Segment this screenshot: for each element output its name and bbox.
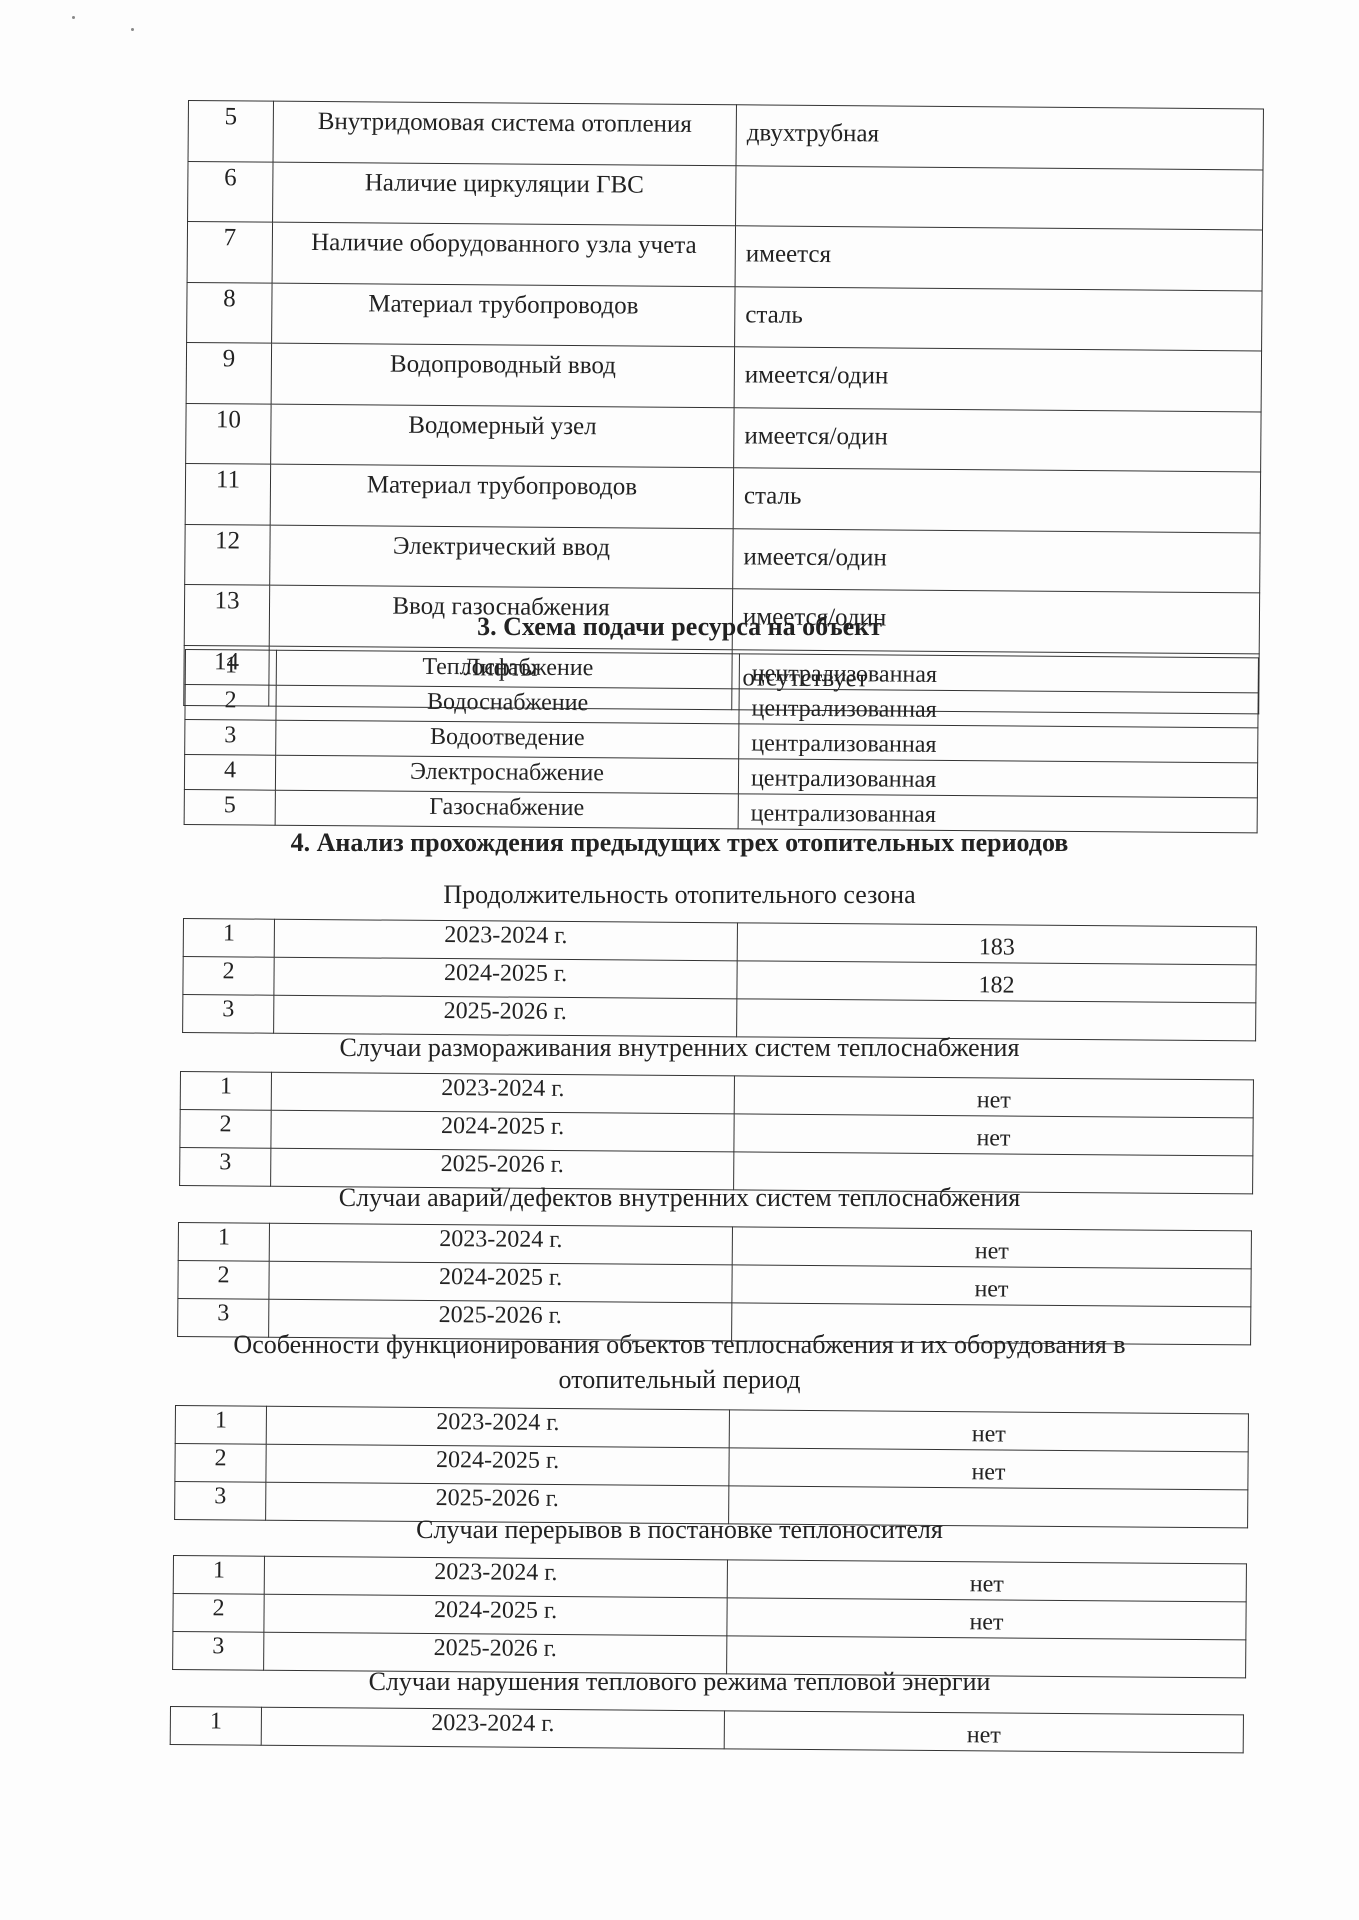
row-number: 3	[183, 995, 274, 1034]
subsection-title-operation-features-line2: отопительный период	[0, 1365, 1359, 1395]
table-row: 6Наличие циркуляции ГВС	[188, 161, 1263, 230]
row-number: 2	[175, 1444, 266, 1483]
period-value: нет	[734, 1114, 1253, 1156]
period-value: нет	[727, 1598, 1246, 1640]
period-value: 183	[737, 923, 1256, 965]
heating-period: 2024-2025 г.	[271, 1110, 734, 1152]
scan-speck	[131, 28, 134, 31]
heating-period: 2024-2025 г.	[264, 1594, 727, 1636]
parameter-value: сталь	[735, 286, 1262, 351]
row-number: 9	[186, 342, 271, 403]
table-row: 12023-2024 г.нет	[170, 1707, 1243, 1753]
parameter-value: двухтрубная	[736, 105, 1263, 170]
heating-period: 2023-2024 г.	[271, 1072, 734, 1114]
parameter-name: Материал трубопроводов	[270, 464, 733, 528]
parameter-value: имеется/один	[734, 407, 1261, 472]
row-number: 5	[184, 789, 275, 825]
supply-scheme: централизованная	[739, 654, 1258, 693]
resource-name: Водоснабжение	[276, 685, 739, 724]
row-number: 1	[183, 919, 274, 958]
parameter-name: Электрический ввод	[270, 525, 733, 589]
period-value: нет	[729, 1410, 1248, 1452]
row-number: 5	[188, 101, 273, 162]
period-value: нет	[732, 1227, 1251, 1269]
heating-period: 2024-2025 г.	[269, 1261, 732, 1303]
row-number: 10	[186, 403, 271, 464]
section-3-title: 3. Схема подачи ресурса на объект	[0, 612, 1359, 642]
row-number: 2	[185, 685, 276, 721]
resource-name: Газоснабжение	[275, 790, 738, 829]
row-number: 1	[173, 1556, 264, 1595]
row-number: 11	[185, 463, 270, 524]
table-row: 12Электрический вводимеется/один	[185, 524, 1260, 593]
parameter-value: имеется/один	[734, 347, 1261, 412]
table-row: 11Материал трубопроводовсталь	[185, 463, 1260, 532]
table-row: 10Водомерный узелимеется/один	[186, 403, 1261, 472]
subsection-title-accident-cases: Случаи аварий/дефектов внутренних систем…	[0, 1183, 1359, 1213]
subsection-title-freezing-cases: Случаи размораживания внутренних систем …	[0, 1033, 1359, 1063]
table-row: 7Наличие оборудованного узла учетаимеетс…	[187, 222, 1262, 291]
table-row: 5Внутридомовая система отоплениядвухтруб…	[188, 101, 1263, 170]
heating-period: 2023-2024 г.	[269, 1223, 732, 1265]
parameter-name: Материал трубопроводов	[272, 283, 735, 347]
section-4-title: 4. Анализ прохождения предыдущих трех от…	[0, 828, 1359, 858]
subsection-title-operation-features-line1: Особенности функционирования объектов те…	[0, 1330, 1359, 1360]
table-row: 5Газоснабжениецентрализованная	[184, 789, 1257, 832]
table-row: 8Материал трубопроводовсталь	[187, 282, 1262, 351]
operation-features-table: 12023-2024 г.нет22024-2025 г.нет32025-20…	[174, 1405, 1249, 1528]
row-number: 8	[187, 282, 272, 343]
coolant-interruptions-table: 12023-2024 г.нет22024-2025 г.нет32025-20…	[172, 1555, 1247, 1678]
row-number: 1	[180, 1072, 271, 1111]
heating-period: 2023-2024 г.	[261, 1707, 724, 1749]
thermal-regime-violations-table: 12023-2024 г.нет	[170, 1706, 1244, 1753]
row-number: 3	[185, 720, 276, 756]
row-number: 2	[178, 1261, 269, 1300]
heating-season-duration-table: 12023-2024 г.18322024-2025 г.18232025-20…	[182, 918, 1257, 1041]
period-value: нет	[729, 1448, 1248, 1490]
heating-period: 2023-2024 г.	[266, 1406, 729, 1448]
row-number: 3	[173, 1632, 264, 1671]
resource-name: Водоотведение	[276, 720, 739, 759]
heating-period: 2023-2024 г.	[264, 1556, 727, 1598]
supply-scheme: централизованная	[738, 759, 1257, 798]
parameter-name: Внутридомовая система отопления	[273, 101, 736, 165]
parameter-value: имеется	[735, 226, 1262, 291]
parameter-name: Водопроводный ввод	[271, 343, 734, 407]
row-number: 12	[185, 524, 270, 585]
heating-period: 2025-2026 г.	[274, 995, 737, 1037]
row-number: 2	[180, 1110, 271, 1149]
heating-period: 2023-2024 г.	[274, 919, 737, 961]
scan-speck	[72, 16, 75, 19]
table-row: 9Водопроводный вводимеется/один	[186, 342, 1261, 411]
row-number: 7	[187, 222, 272, 283]
parameter-value: имеется/один	[733, 528, 1260, 593]
row-number: 6	[188, 161, 273, 222]
period-value: нет	[734, 1076, 1253, 1118]
resource-supply-table: 1Теплоснабжениецентрализованная2Водоснаб…	[184, 649, 1259, 833]
row-number: 2	[173, 1594, 264, 1633]
freezing-cases-table: 12023-2024 г.нет22024-2025 г.нет32025-20…	[179, 1071, 1254, 1194]
parameter-name: Водомерный узел	[271, 404, 734, 468]
supply-scheme: централизованная	[739, 724, 1258, 763]
period-value: нет	[724, 1711, 1243, 1753]
period-value: нет	[727, 1560, 1246, 1602]
subsection-title-heating-season-duration: Продолжительность отопительного сезона	[0, 880, 1359, 910]
parameter-value: сталь	[733, 468, 1260, 533]
supply-scheme: централизованная	[739, 689, 1258, 728]
resource-name: Электроснабжение	[275, 755, 738, 794]
parameter-value	[736, 165, 1263, 230]
row-number: 2	[183, 957, 274, 996]
subsection-title-thermal-regime-violations: Случаи нарушения теплового режима теплов…	[0, 1667, 1359, 1697]
period-value: нет	[732, 1265, 1251, 1307]
heating-period: 2024-2025 г.	[274, 957, 737, 999]
row-number: 1	[170, 1707, 261, 1746]
subsection-title-coolant-interruptions: Случаи перерывов в постановке теплоносит…	[0, 1515, 1359, 1545]
accident-cases-table: 12023-2024 г.нет22024-2025 г.нет32025-20…	[177, 1222, 1252, 1345]
period-value: 182	[737, 961, 1256, 1003]
parameter-name: Наличие циркуляции ГВС	[273, 162, 736, 226]
row-number: 1	[175, 1406, 266, 1445]
row-number: 1	[178, 1223, 269, 1262]
parameter-name: Наличие оборудованного узла учета	[272, 222, 735, 286]
row-number: 3	[180, 1148, 271, 1187]
row-number: 1	[185, 650, 276, 686]
heating-period: 2024-2025 г.	[266, 1444, 729, 1486]
resource-name: Теплоснабжение	[276, 650, 739, 689]
row-number: 4	[184, 755, 275, 791]
